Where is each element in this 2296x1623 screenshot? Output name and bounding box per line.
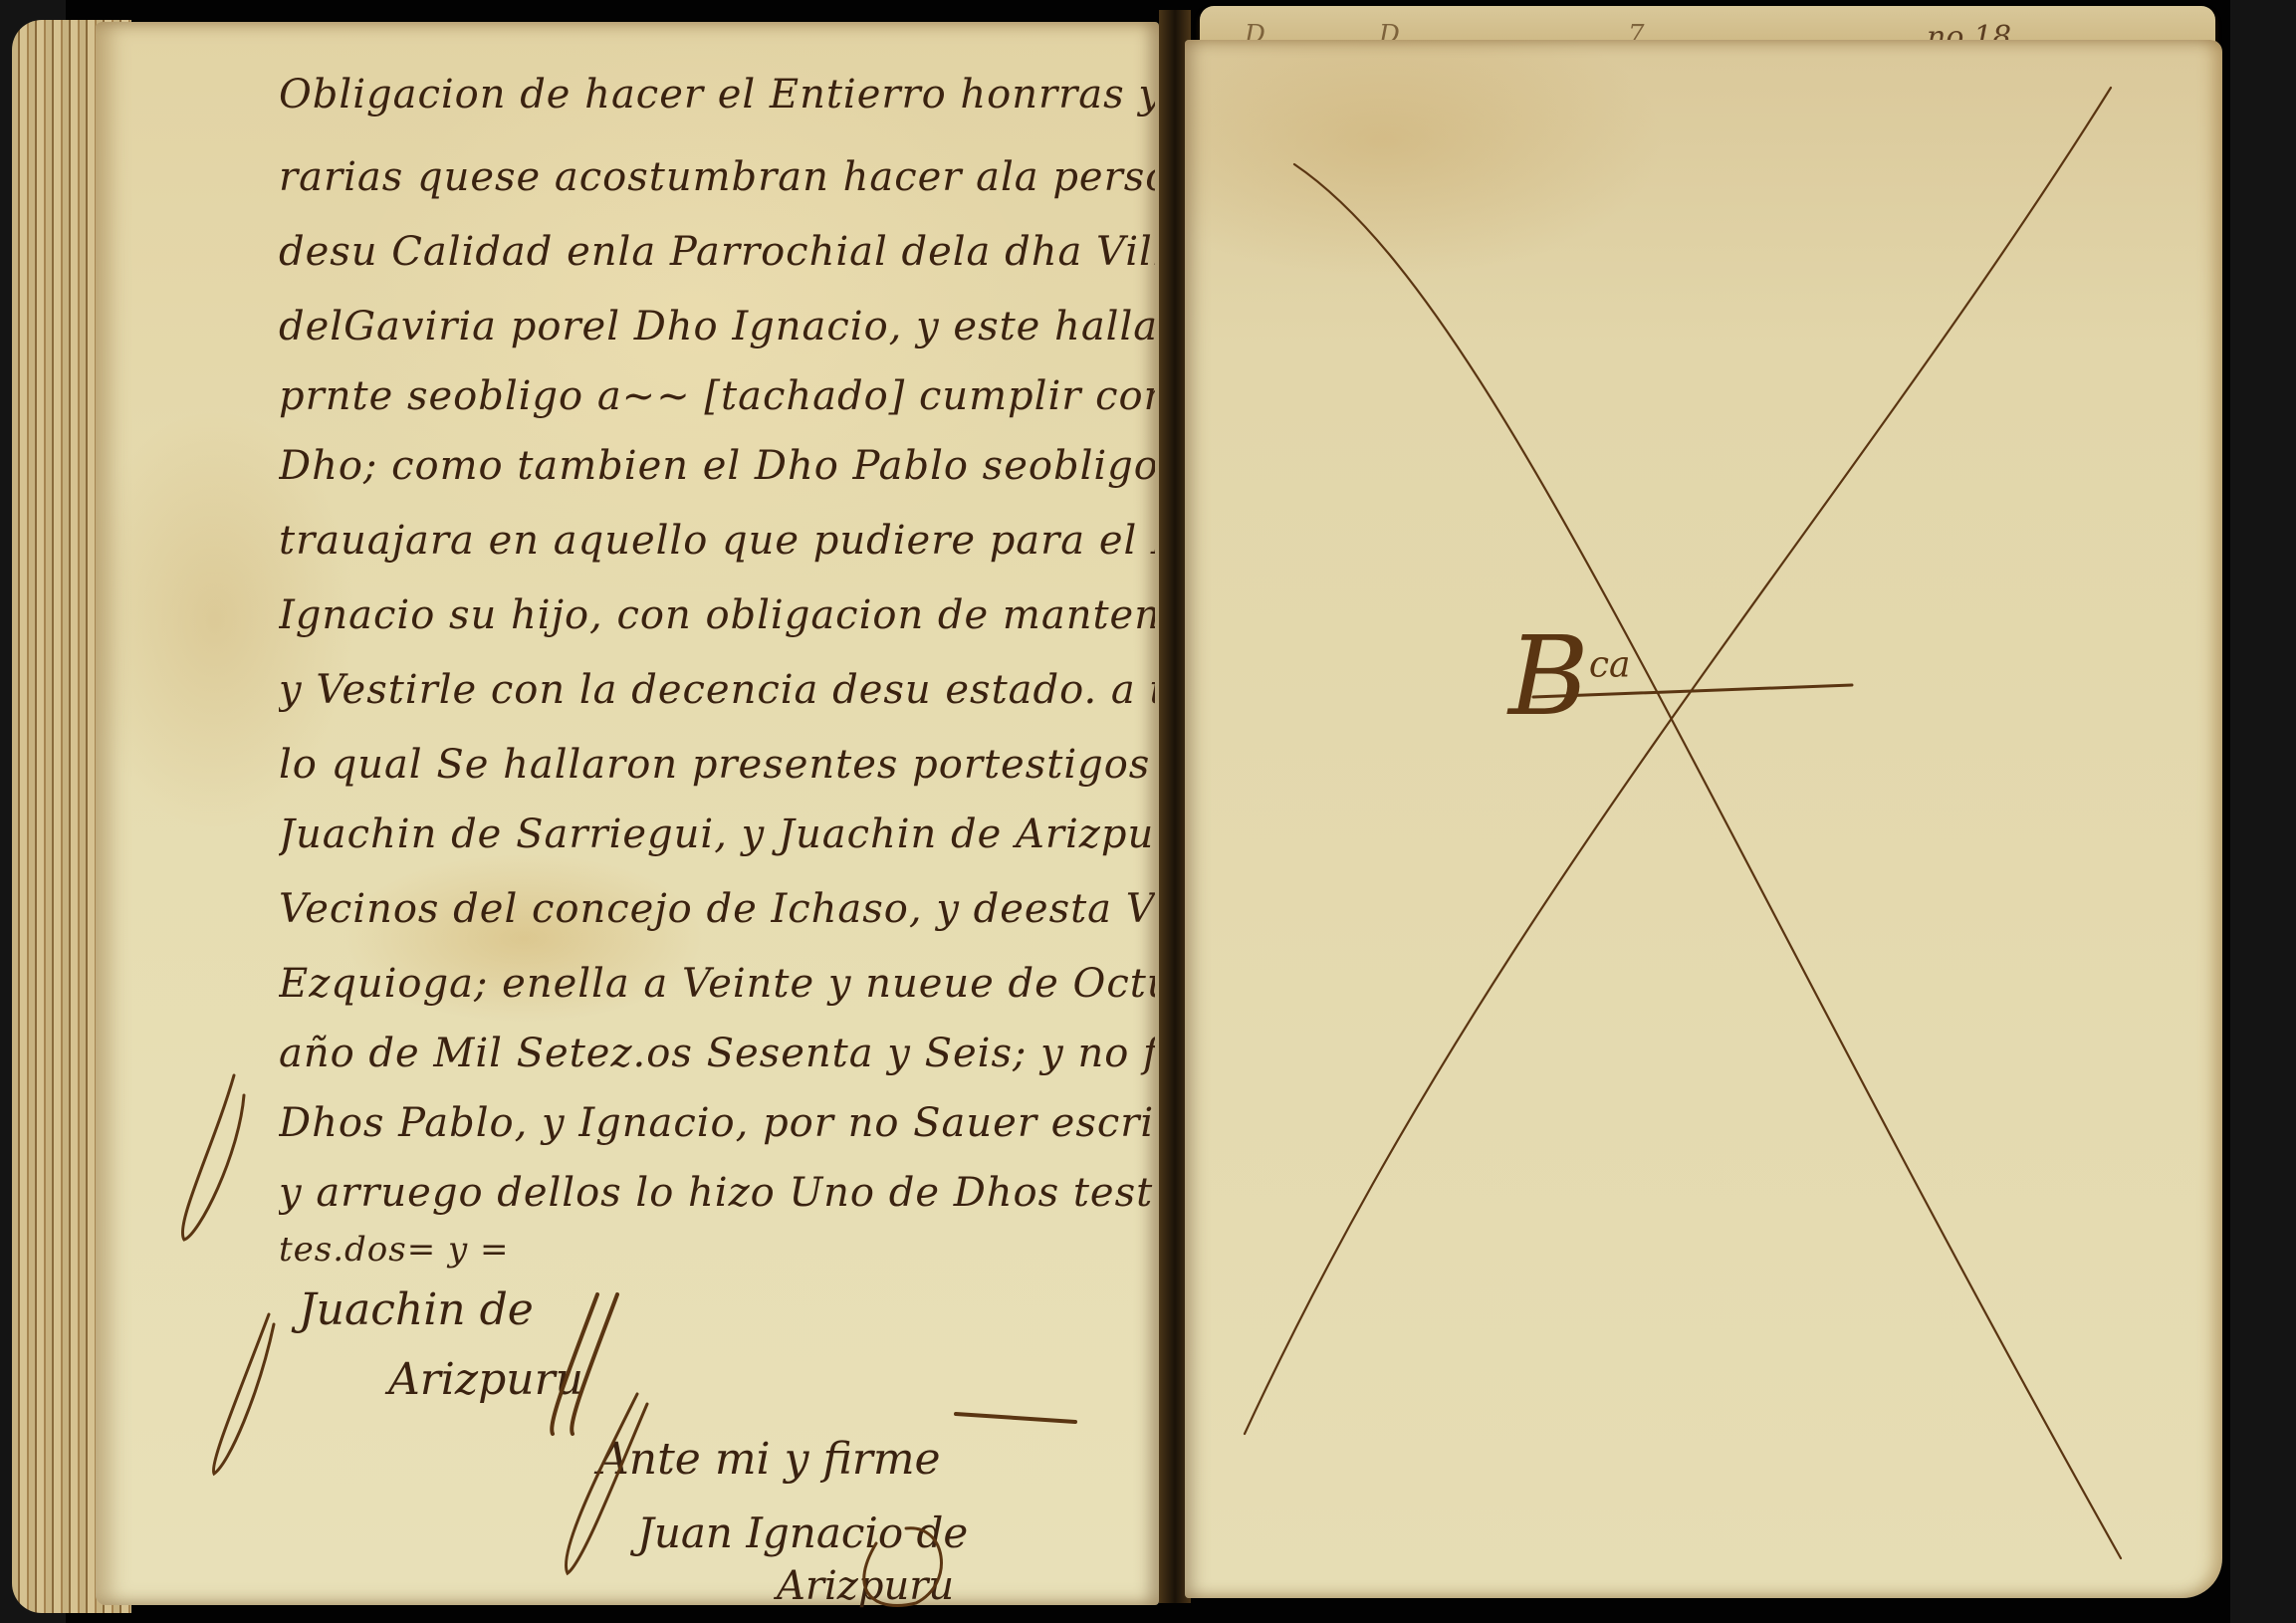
blank-page-mark: Bca (1508, 612, 1630, 740)
ink-strokes (0, 0, 2296, 1623)
mark-superscript: ca (1589, 644, 1631, 685)
mark-letter: B (1508, 612, 1589, 740)
